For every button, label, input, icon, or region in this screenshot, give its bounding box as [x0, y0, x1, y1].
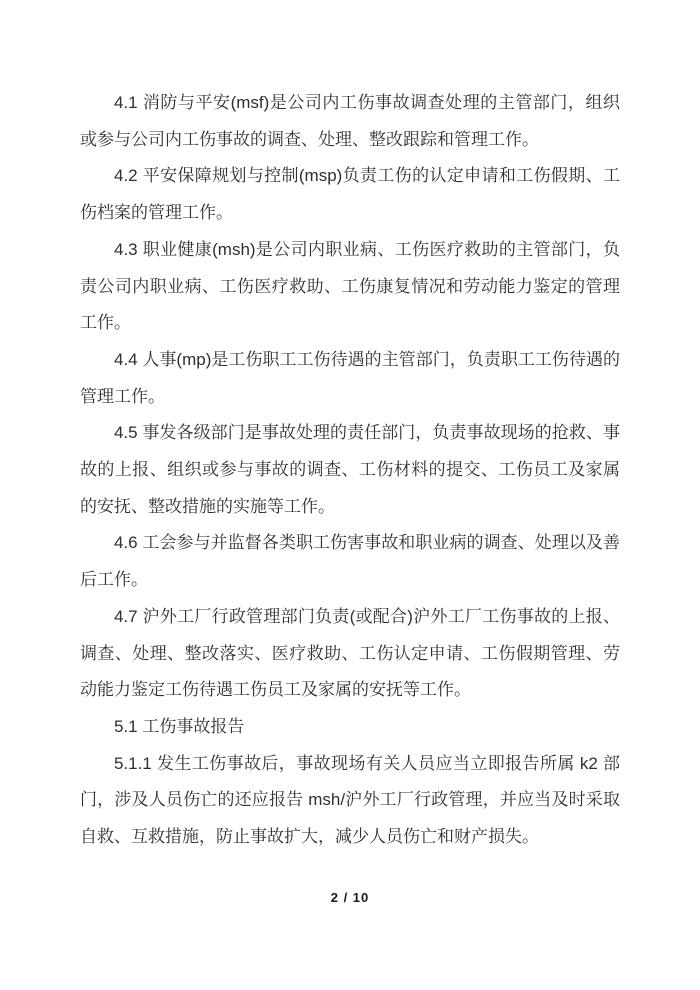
paragraph-4-6: 4.6 工会参与并监督各类职工伤害事故和职业病的调查、处理以及善后工作。 [80, 525, 620, 598]
page-number: 2 / 10 [0, 890, 700, 905]
paragraph-4-4: 4.4 人事(mp)是工伤职工工伤待遇的主管部门，负责职工工伤待遇的管理工作。 [80, 342, 620, 415]
paragraph-4-1: 4.1 消防与平安(msf)是公司内工伤事故调查处理的主管部门，组织或参与公司内… [80, 85, 620, 158]
paragraph-5-1-1: 5.1.1 发生工伤事故后，事故现场有关人员应当立即报告所属 k2 部门，涉及人… [80, 746, 620, 856]
paragraph-4-3: 4.3 职业健康(msh)是公司内职业病、工伤医疗救助的主管部门，负责公司内职业… [80, 232, 620, 342]
document-page: 4.1 消防与平安(msf)是公司内工伤事故调查处理的主管部门，组织或参与公司内… [0, 0, 700, 990]
paragraph-4-5: 4.5 事发各级部门是事故处理的责任部门，负责事故现场的抢救、事故的上报、组织或… [80, 415, 620, 525]
paragraph-5-1: 5.1 工伤事故报告 [80, 709, 620, 746]
paragraph-4-7: 4.7 沪外工厂行政管理部门负责(或配合)沪外工厂工伤事故的上报、调查、处理、整… [80, 599, 620, 709]
paragraph-4-2: 4.2 平安保障规划与控制(msp)负责工伤的认定申请和工伤假期、工伤档案的管理… [80, 158, 620, 231]
document-body: 4.1 消防与平安(msf)是公司内工伤事故调查处理的主管部门，组织或参与公司内… [80, 85, 620, 856]
